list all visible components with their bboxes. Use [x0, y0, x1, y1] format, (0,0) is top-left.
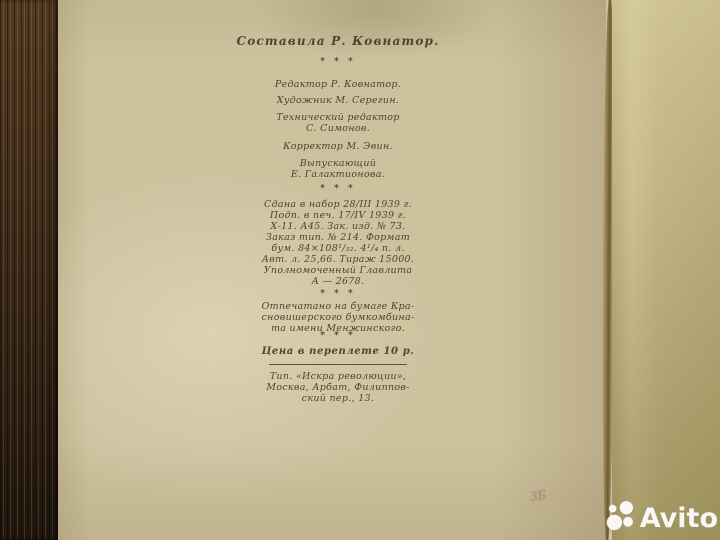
imprint-line: Сдана в набор 28/III 1939 г.: [216, 199, 460, 210]
avito-watermark-label: Avito: [640, 503, 718, 534]
compiler-line: Составила Р. Ковнатор.: [216, 34, 460, 48]
price-line: Цена в переплете 10 р.: [216, 346, 460, 357]
divider-rule: [269, 364, 407, 365]
avito-watermark: Avito: [605, 500, 718, 536]
imprint-line: Авт. л. 25,66. Тираж 15000.: [216, 254, 460, 265]
printer-line: Тип. «Искра революции»,: [216, 371, 460, 382]
star-divider: * * *: [216, 331, 460, 341]
star-divider: * * *: [216, 184, 460, 194]
credit-issuer-1: Выпускающий: [216, 158, 460, 169]
next-page-surface: [612, 0, 720, 540]
imprint-line: бум. 84×108¹/₃₂. 4¹/₄ п. л.: [216, 243, 460, 254]
paper-line: сновишерского бумкомбина-: [216, 312, 460, 323]
printer-line: ский пер., 13.: [216, 393, 460, 404]
avito-logo-icon: [605, 500, 637, 536]
colophon-text-column: Составила Р. Ковнатор. * * * Редактор Р.…: [216, 0, 460, 540]
star-divider: * * *: [216, 289, 460, 299]
credit-tech-editor-2: С. Симонов.: [216, 123, 460, 134]
printer-block: Тип. «Искра революции», Москва, Арбат, Ф…: [216, 371, 460, 404]
imprint-line: Подп. в печ. 17/IV 1939 г.: [216, 210, 460, 221]
credit-editor: Редактор Р. Ковнатор.: [216, 79, 460, 90]
pencil-mark: ЗБ: [529, 488, 547, 505]
wooden-table-background: [0, 0, 58, 540]
printer-line: Москва, Арбат, Филиппов-: [216, 382, 460, 393]
imprint-line: А — 2678.: [216, 276, 460, 287]
imprint-block: Сдана в набор 28/III 1939 г. Подп. в печ…: [216, 199, 460, 287]
star-divider: * * *: [216, 57, 460, 67]
credit-tech-editor-1: Технический редактор: [216, 112, 460, 123]
paper-origin-block: Отпечатано на бумаге Кра- сновишерского …: [216, 301, 460, 334]
book-photo-scene: Составила Р. Ковнатор. * * * Редактор Р.…: [0, 0, 720, 540]
credit-proofreader: Корректор М. Эвин.: [216, 141, 460, 152]
credit-issuer-2: Е. Галактионова.: [216, 169, 460, 180]
imprint-line: Х-11. А45. Зак. изд. № 73.: [216, 221, 460, 232]
paper-line: Отпечатано на бумаге Кра-: [216, 301, 460, 312]
credit-artist: Художник М. Серегин.: [216, 95, 460, 106]
imprint-line: Уполномоченный Главлита: [216, 265, 460, 276]
imprint-line: Заказ тип. № 214. Формат: [216, 232, 460, 243]
